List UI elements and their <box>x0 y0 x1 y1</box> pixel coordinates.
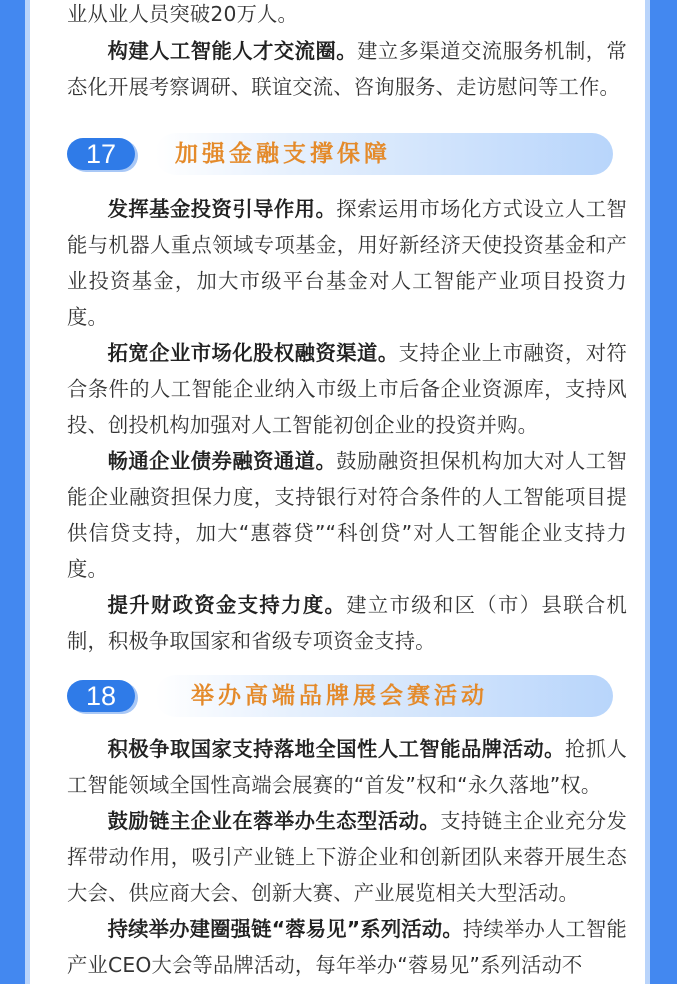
section-header-18: 举办高端品牌展会赛活动 18 <box>67 675 627 719</box>
section-title-bar: 加强金融支撑保障 <box>155 133 613 175</box>
section-title: 举办高端品牌展会赛活动 <box>191 675 488 717</box>
section-number-badge: 18 <box>67 680 135 712</box>
article-panel: 业从业人员突破20万人。 构建人工智能人才交流圈。建立多渠道交流服务机制，常态化… <box>25 0 650 984</box>
right-blue-frame <box>650 0 677 984</box>
paragraph-talent-exchange: 构建人工智能人才交流圈。建立多渠道交流服务机制，常态化开展考察调研、联谊交流、咨… <box>67 33 627 105</box>
paragraph-equity-financing: 拓宽企业市场化股权融资渠道。支持企业上市融资，对符合条件的人工智能企业纳入市级上… <box>67 335 627 443</box>
section-header-17: 加强金融支撑保障 17 <box>67 133 627 177</box>
section-17-body: 发挥基金投资引导作用。探索运用市场化方式设立人工智能与机器人重点领域专项基金，用… <box>67 191 627 659</box>
left-blue-frame <box>0 0 25 984</box>
paragraph-fund-guidance: 发挥基金投资引导作用。探索运用市场化方式设立人工智能与机器人重点领域专项基金，用… <box>67 191 627 335</box>
paragraph-bond-financing: 畅通企业债券融资通道。鼓励融资担保机构加大对人工智能企业融资担保力度，支持银行对… <box>67 443 627 587</box>
section-18-body: 积极争取国家支持落地全国性人工智能品牌活动。抢抓人工智能领域全国性高端会展赛的“… <box>67 731 627 983</box>
paragraph-national-events: 积极争取国家支持落地全国性人工智能品牌活动。抢抓人工智能领域全国性高端会展赛的“… <box>67 731 627 803</box>
section-number-badge: 17 <box>67 138 135 170</box>
paragraph-rongyijian-series: 持续举办建圈强链“蓉易见”系列活动。持续举办人工智能产业CEO大会等品牌活动，每… <box>67 911 627 983</box>
paragraph-ecosystem-events: 鼓励链主企业在蓉举办生态型活动。支持链主企业充分发挥带动作用，吸引产业链上下游企… <box>67 803 627 911</box>
paragraph-lead: 构建人工智能人才交流圈。 <box>108 39 357 63</box>
paragraph-tail: 业从业人员突破20万人。 <box>67 0 627 32</box>
section-title: 加强金融支撑保障 <box>175 133 391 175</box>
paragraph-fiscal-support: 提升财政资金支持力度。建立市级和区（市）县联合机制，积极争取国家和省级专项资金支… <box>67 587 627 659</box>
section-title-bar: 举办高端品牌展会赛活动 <box>155 675 613 717</box>
